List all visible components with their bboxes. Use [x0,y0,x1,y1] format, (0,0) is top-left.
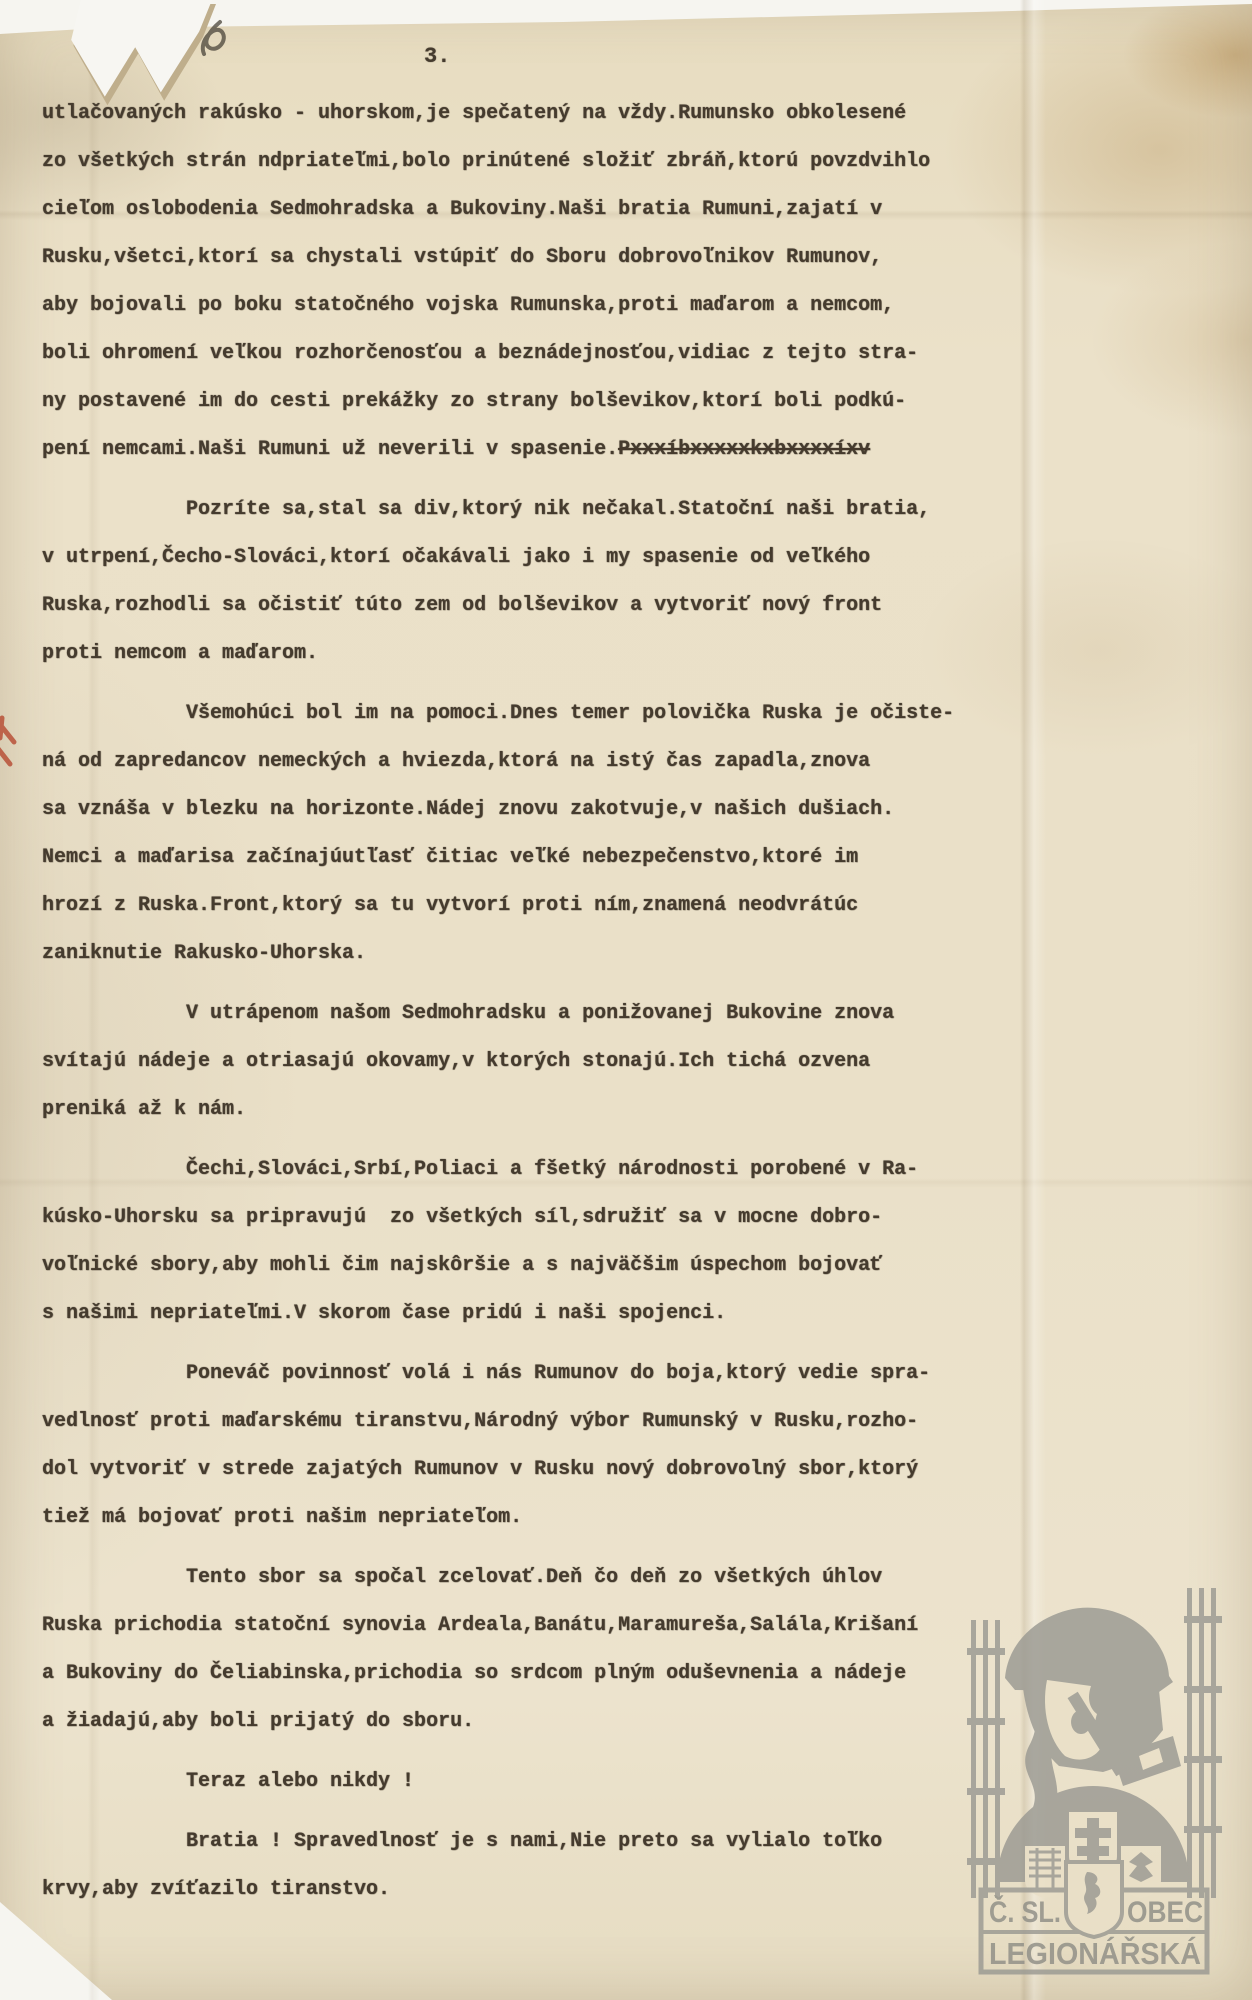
text-line: sa vznáša v blezku na horizonte.Nádej zn… [42,786,982,834]
text-line: Nemci a maďarisa začínajúutľasť čitiac v… [42,834,982,882]
text-line: Ruska,rozhodli sa očistiť túto zem od bo… [42,582,982,630]
paragraph: Teraz alebo nikdy ! [42,1758,982,1806]
text-line: ny postavené im do cesti prekážky zo str… [42,378,982,426]
paragraph: Pozríte sa,stal sa div,ktorý nik nečakal… [42,486,982,678]
text-line: a žiadajú,aby boli prijatý do sboru. [42,1698,982,1746]
text-line: Ruska prichodia statoční synovia Ardeala… [42,1602,982,1650]
page-number: 3. [424,44,450,69]
text-line: preniká až k nám. [42,1086,982,1134]
text-line: voľnické sbory,aby mohli čim najskôršie … [42,1242,982,1290]
text-line: s našimi nepriateľmi.V skorom čase pridú… [42,1290,982,1338]
legion-stamp: Č. SL. OBEC LEGIONÁŘSKÁ [963,1560,1227,1978]
stamp-lion-shield [1066,1862,1122,1937]
text-line: a Bukoviny do Čeliabinska,prichodia so s… [42,1650,982,1698]
paragraph: Poneváč povinnosť volá i nás Rumunov do … [42,1350,982,1542]
red-mark [0,712,34,772]
text-line: vedlnosť proti maďarskému tiranstvu,Náro… [42,1398,982,1446]
text-line: cieľom oslobodenia Sedmohradska a Bukovi… [42,186,982,234]
scanned-page: Č. SL. OBEC LEGIONÁŘSKÁ 3. utlačovaných … [0,0,1252,2000]
text-line: v utrpení,Čecho-Slováci,ktorí očakávali … [42,534,982,582]
paragraph: V utrápenom našom Sedmohradsku a ponižov… [42,990,982,1134]
text-line: Bratia ! Spravedlnosť je s nami,Nie pret… [42,1818,982,1866]
text-line: Všemohúci bol im na pomoci.Dnes temer po… [42,690,982,738]
text-line: tiež má bojovať proti našim nepriateľom. [42,1494,982,1542]
text-line: Čechi,Slováci,Srbí,Poliaci a fšetký náro… [42,1146,982,1194]
stamp-text-obec: OBEC [1127,1896,1203,1929]
text-line: Teraz alebo nikdy ! [42,1758,982,1806]
text-line: V utrápenom našom Sedmohradsku a ponižov… [42,990,982,1038]
paragraph: Tento sbor sa spočal zcelovať.Deň čo deň… [42,1554,982,1746]
text-line: ná od zapredancov nemeckých a hviezda,kt… [42,738,982,786]
text-line: Pozríte sa,stal sa div,ktorý nik nečakal… [42,486,982,534]
paragraph: Čechi,Slováci,Srbí,Poliaci a fšetký náro… [42,1146,982,1338]
stamp-text-csl: Č. SL. [989,1895,1061,1929]
text-line: zaniknutie Rakusko-Uhorska. [42,930,982,978]
text-line: aby bojovali po boku statočného vojska R… [42,282,982,330]
text-line: Poneváč povinnosť volá i nás Rumunov do … [42,1350,982,1398]
text-line: svítajú nádeje a otriasajú okovamy,v kto… [42,1038,982,1086]
paragraph: Bratia ! Spravedlnosť je s nami,Nie pret… [42,1818,982,1914]
text-line: pení nemcami.Naši Rumuni už neverili v s… [42,426,982,474]
text-line: hrozí z Ruska.Front,ktorý sa tu vytvorí … [42,882,982,930]
stamp-text-legionarska: LEGIONÁŘSKÁ [989,1935,1201,1971]
typewritten-text: utlačovaných rakúsko - uhorskom,je speča… [42,90,982,1914]
text-line: boli ohromení veľkou rozhorčenosťou a be… [42,330,982,378]
paragraph: Všemohúci bol im na pomoci.Dnes temer po… [42,690,982,978]
text-line: Tento sbor sa spočal zcelovať.Deň čo deň… [42,1554,982,1602]
pencil-mark [158,14,258,74]
struck-out-text: Pxxxíbxxxxxkxbxxxxíxv [618,426,870,474]
text-line: utlačovaných rakúsko - uhorskom,je speča… [42,90,982,138]
text-line: kúsko-Uhorsku sa pripravujú zo všetkých … [42,1194,982,1242]
text-line: Rusku,všetci,ktorí sa chystali vstúpiť d… [42,234,982,282]
paragraph: utlačovaných rakúsko - uhorskom,je speča… [42,90,982,474]
text-line: dol vytvoriť v strede zajatých Rumunov v… [42,1446,982,1494]
stamp-right-pillar [1184,1588,1222,1898]
text-line: krvy,aby zvíťazilo tiranstvo. [42,1866,982,1914]
text-line: zo všetkých strán ndpriateľmi,bolo prinú… [42,138,982,186]
text-line: proti nemcom a maďarom. [42,630,982,678]
